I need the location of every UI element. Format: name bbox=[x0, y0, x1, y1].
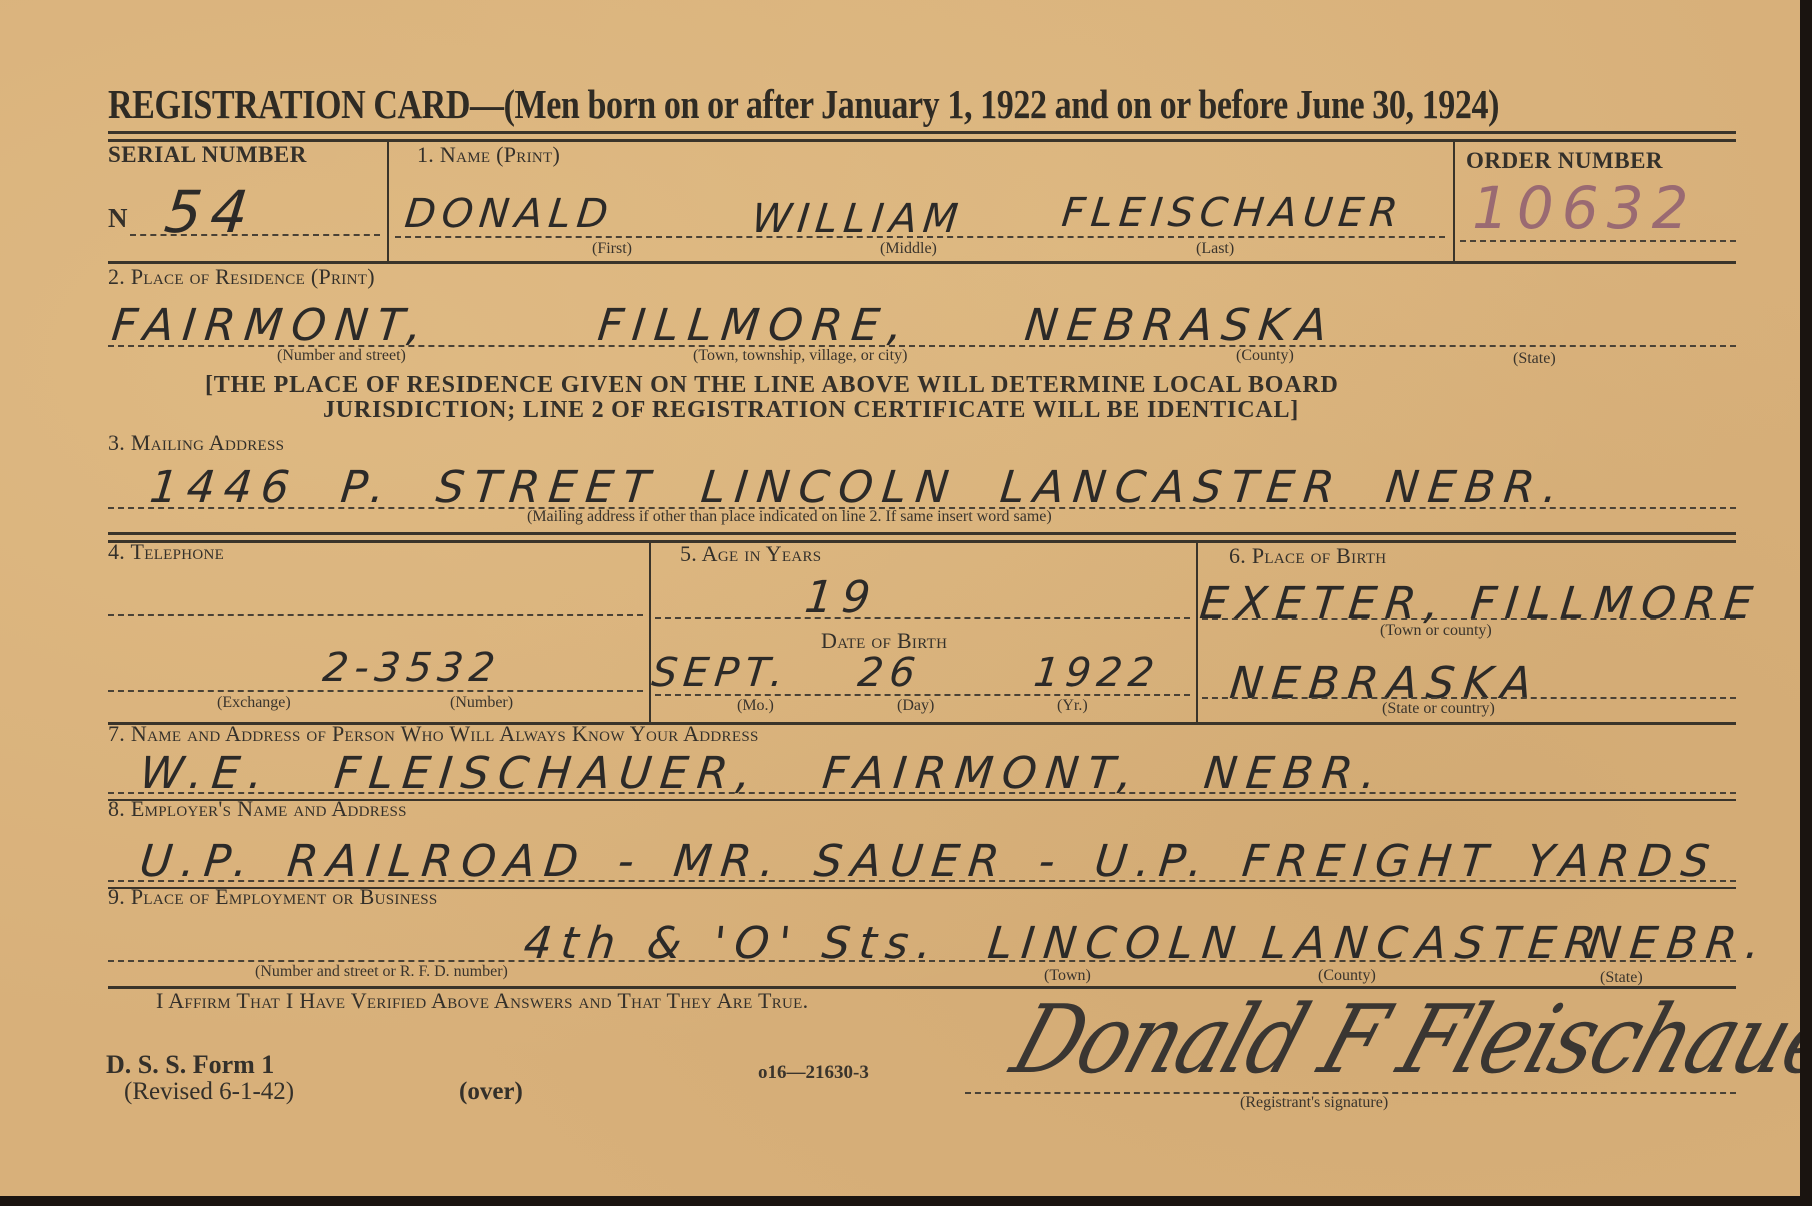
scan-edge-bottom bbox=[0, 1196, 1812, 1206]
title-rule-bottom bbox=[108, 139, 1736, 142]
residence-caption-county: (County) bbox=[1236, 347, 1294, 365]
employment-caption-town: (Town) bbox=[1044, 967, 1091, 985]
over-note: (over) bbox=[459, 1078, 523, 1106]
dob-caption-month: (Mo.) bbox=[737, 697, 774, 715]
dob-caption-year: (Yr.) bbox=[1057, 697, 1088, 715]
residence-caption-state: (State) bbox=[1513, 350, 1556, 368]
employment-caption-state: (State) bbox=[1600, 969, 1643, 987]
employer-line bbox=[108, 880, 1736, 882]
contact-label: 7. Name and Address of Person Who Will A… bbox=[108, 721, 759, 747]
serial-divider bbox=[387, 141, 389, 261]
employment-caption-street: (Number and street or R. F. D. number) bbox=[255, 963, 508, 981]
serial-line bbox=[130, 234, 380, 236]
residence-town: FILLMORE, bbox=[595, 300, 914, 351]
card-title: REGISTRATION CARD—(Men born on or after … bbox=[108, 80, 1499, 128]
form-revised: (Revised 6-1-42) bbox=[124, 1078, 294, 1106]
residence-caption-street: (Number and street) bbox=[277, 347, 406, 365]
telephone-caption-exchange: (Exchange) bbox=[217, 694, 291, 712]
dob-month: SEPT. bbox=[650, 650, 792, 696]
name-last: FLEISCHAUER bbox=[1060, 190, 1406, 236]
name-caption-first: (First) bbox=[592, 240, 632, 258]
telephone-line-2 bbox=[108, 690, 643, 692]
residence-county: NEBRASKA bbox=[1022, 300, 1338, 351]
mailing-label: 3. Mailing Address bbox=[108, 430, 284, 456]
signature-caption: (Registrant's signature) bbox=[1240, 1094, 1388, 1112]
telephone-caption-number: (Number) bbox=[450, 694, 513, 712]
telephone-label: 4. Telephone bbox=[108, 539, 224, 565]
dob-caption-day: (Day) bbox=[897, 697, 934, 715]
order-divider bbox=[1453, 141, 1455, 261]
residence-caption-town: (Town, township, village, or city) bbox=[693, 347, 907, 365]
form-name: D. S. S. Form 1 bbox=[106, 1050, 274, 1080]
dob-day: 26 bbox=[856, 650, 924, 696]
age-value: 19 bbox=[802, 572, 881, 623]
registration-card: REGISTRATION CARD—(Men born on or after … bbox=[0, 0, 1800, 1196]
age-line bbox=[655, 617, 1190, 619]
tel-age-divider bbox=[649, 543, 651, 723]
serial-label: SERIAL NUMBER bbox=[108, 142, 307, 168]
employment-place-line bbox=[108, 960, 1736, 962]
registrant-signature: Donald F Fleischauer bbox=[1000, 986, 1800, 1095]
name-label: 1. Name (Print) bbox=[417, 142, 560, 168]
birthplace-state-caption: (State or country) bbox=[1382, 700, 1495, 718]
order-label: ORDER NUMBER bbox=[1466, 148, 1663, 174]
mailing-caption: (Mailing address if other than place ind… bbox=[527, 508, 1052, 526]
birthplace-town-line bbox=[1202, 618, 1736, 620]
residence-notice-line2: JURISDICTION; LINE 2 OF REGISTRATION CER… bbox=[323, 397, 1299, 424]
residence-notice-line1: [THE PLACE OF RESIDENCE GIVEN ON THE LIN… bbox=[205, 372, 1339, 399]
employment-place-label: 9. Place of Employment or Business bbox=[108, 884, 438, 910]
order-line bbox=[1460, 240, 1736, 242]
serial-prefix: N bbox=[108, 203, 128, 234]
scan-edge-right bbox=[1800, 0, 1812, 1206]
birthplace-town-caption: (Town or county) bbox=[1380, 622, 1492, 640]
residence-label: 2. Place of Residence (Print) bbox=[108, 264, 375, 290]
dob-line bbox=[655, 694, 1190, 696]
affirmation-text: I Affirm That I Have Verified Above Answ… bbox=[156, 988, 808, 1014]
telephone-value: 2-3532 bbox=[321, 645, 504, 691]
telephone-line-1 bbox=[108, 614, 643, 616]
name-caption-middle: (Middle) bbox=[880, 240, 937, 258]
age-birth-divider bbox=[1196, 543, 1198, 723]
name-caption-last: (Last) bbox=[1196, 240, 1234, 258]
birthplace-label: 6. Place of Birth bbox=[1229, 543, 1386, 569]
contact-line bbox=[108, 792, 1736, 794]
name-first: DONALD bbox=[403, 191, 616, 237]
age-label: 5. Age in Years bbox=[680, 541, 821, 567]
print-code: o16—21630-3 bbox=[758, 1062, 869, 1084]
employer-label: 8. Employer's Name and Address bbox=[108, 796, 407, 822]
title-rule-top bbox=[108, 131, 1736, 134]
residence-street: FAIRMONT, bbox=[109, 300, 433, 351]
order-value: 10632 bbox=[1472, 174, 1697, 242]
employment-caption-county: (County) bbox=[1318, 967, 1376, 985]
mailing-value: 1446 P. STREET LINCOLN LANCASTER NEBR. bbox=[147, 462, 1569, 513]
mailing-rule-bottom bbox=[108, 540, 1736, 543]
birthplace-state-line bbox=[1202, 697, 1736, 699]
name-line bbox=[395, 236, 1445, 238]
dob-year: 1922 bbox=[1032, 650, 1163, 696]
mailing-rule-top bbox=[108, 532, 1736, 535]
